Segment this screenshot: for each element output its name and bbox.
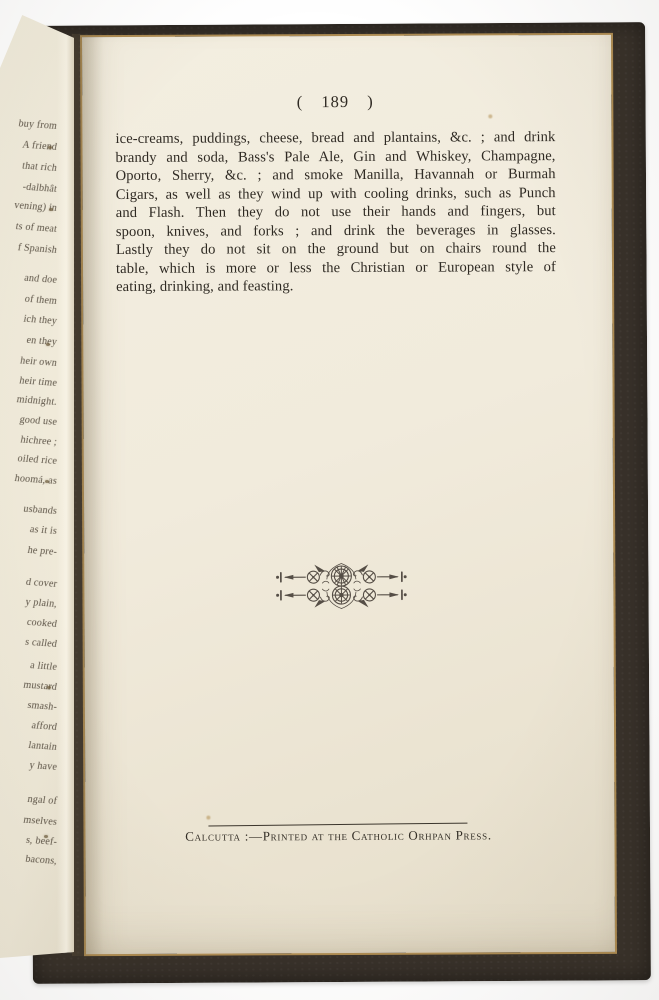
paragraph-line: Oporto, Sherry, &c. ; and smoke Manilla,… bbox=[116, 165, 556, 185]
facing-page-fragment: ich they bbox=[2, 312, 58, 327]
foxing-spot bbox=[206, 816, 210, 820]
facing-page-fragment: y have bbox=[2, 758, 58, 773]
facing-page-fragment: mselves bbox=[2, 813, 58, 828]
facing-page-fragment: f Spanish bbox=[2, 241, 58, 256]
facing-page-fragment: ngal of bbox=[2, 792, 58, 807]
facing-page-fragment: midnight. bbox=[2, 393, 58, 408]
facing-page-fragment: afford bbox=[2, 718, 58, 733]
facing-page-fragment: s called bbox=[2, 635, 58, 650]
facing-page-fragment: hichree ; bbox=[2, 433, 58, 448]
paragraph-line: table, which is more or less the Christi… bbox=[116, 258, 556, 278]
facing-page-fragment: d cover bbox=[2, 575, 58, 590]
facing-page-fragment: ts of meat bbox=[2, 220, 58, 235]
facing-page-fragment: bacons, bbox=[2, 852, 58, 867]
book-page: ( 189 ) ice-creams, puddings, cheese, br… bbox=[82, 35, 615, 954]
facing-page-fragment: a little bbox=[2, 658, 58, 673]
sewing-hole bbox=[48, 146, 52, 149]
facing-page-fragment: en they bbox=[2, 333, 58, 348]
paragraph-line: spoon, knives, and forks ; and drink the… bbox=[116, 221, 556, 241]
facing-page-fragment: of them bbox=[2, 292, 58, 307]
imprint-text: Calcutta :—Printed at the Catholic Orhpa… bbox=[118, 827, 558, 845]
facing-page-fragment: as it is bbox=[2, 522, 58, 537]
paragraph: ice-creams, puddings, cheese, bread and … bbox=[115, 128, 556, 296]
facing-page-fragment: -dalbhât bbox=[2, 180, 58, 195]
sewing-hole bbox=[47, 686, 51, 689]
facing-page-fragment: that rich bbox=[2, 159, 58, 174]
facing-page-fragment: oiled rice bbox=[2, 452, 58, 467]
paragraph-line: and Flash. Then they do not use their ha… bbox=[116, 202, 556, 222]
facing-page-fragment: buy from bbox=[2, 117, 58, 132]
facing-page-fragment: and doe bbox=[2, 271, 58, 286]
book-photo: ( 189 ) ice-creams, puddings, cheese, br… bbox=[0, 0, 659, 1000]
facing-page-fragment: good use bbox=[2, 413, 58, 428]
facing-page-fragment: lantain bbox=[2, 738, 58, 753]
facing-page-fragment: usbands bbox=[2, 502, 58, 517]
paragraph-line: eating, drinking, and feasting. bbox=[116, 276, 556, 296]
facing-page-fragment: vening) in bbox=[2, 199, 58, 214]
foxing-spot bbox=[488, 114, 492, 118]
sewing-hole bbox=[45, 480, 49, 483]
paragraph-line: Cigars, as well as they wind up with coo… bbox=[116, 184, 556, 204]
printers-ornament-icon bbox=[275, 562, 407, 611]
facing-page-edge: buy fromA friendthat rich-dalbhâtvening)… bbox=[0, 0, 74, 1000]
facing-page-fragment: y plain, bbox=[2, 595, 58, 610]
facing-page-fragment: heir own bbox=[2, 354, 58, 369]
sewing-hole bbox=[46, 343, 50, 346]
facing-page-fragment: he pre- bbox=[2, 543, 58, 558]
paragraph-line: Lastly they do not sit on the ground but… bbox=[116, 239, 556, 259]
facing-page-fragment: hoomá, as bbox=[2, 472, 58, 487]
imprint-rule bbox=[208, 823, 467, 827]
paragraph-line: ice-creams, puddings, cheese, bread and … bbox=[115, 128, 555, 148]
sewing-hole bbox=[49, 208, 53, 211]
sewing-hole bbox=[44, 835, 48, 838]
paragraph-line: brandy and soda, Bass's Pale Ale, Gin an… bbox=[115, 147, 555, 167]
facing-page-fragment: cooked bbox=[2, 615, 58, 630]
facing-page-fragment: s, beef- bbox=[2, 833, 58, 848]
page-number: ( 189 ) bbox=[115, 91, 555, 113]
facing-page-fragment: smash- bbox=[2, 698, 58, 713]
facing-page-fragment: heir time bbox=[2, 374, 58, 389]
